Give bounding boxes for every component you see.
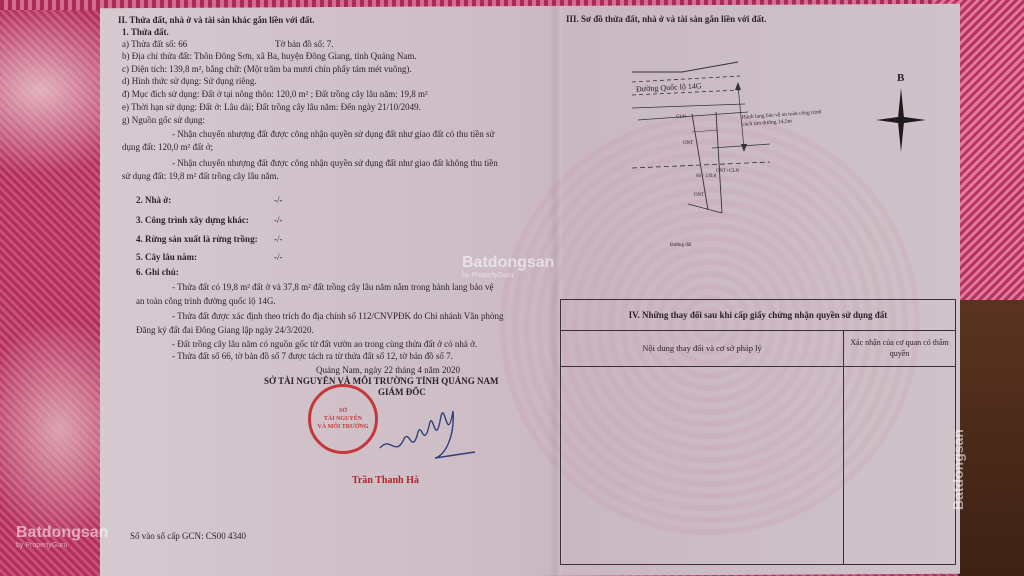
origin-line-1b: dụng đất: 120,0 m² đất ở;	[122, 141, 213, 153]
parcel-address: b) Địa chỉ thửa đất: Thôn Đông Sơn, xã B…	[122, 50, 417, 62]
changes-table: IV. Những thay đổi sau khi cấp giấy chứn…	[560, 299, 956, 565]
watermark-center: Batdongsan by PropertyGuru	[462, 254, 554, 279]
parcel-area: c) Diện tích: 139,8 m², bằng chữ: (Một t…	[122, 63, 412, 75]
section4-title: IV. Những thay đổi sau khi cấp giấy chứn…	[561, 300, 955, 331]
zone-cln: CLN	[676, 112, 686, 124]
origin-line-1: - Nhận chuyển nhượng đất được công nhận …	[172, 128, 494, 140]
column-header-content: Nội dung thay đổi và cơ sở pháp lý	[561, 330, 843, 366]
table-header-row: Nội dung thay đổi và cơ sở pháp lý Xác n…	[561, 330, 955, 367]
lower-road-label: Đường đất	[670, 240, 691, 252]
note-4: - Thửa đất số 66, tờ bản đồ số 7 được tá…	[172, 350, 453, 362]
compass-icon	[874, 86, 928, 154]
perennial-value: -/-	[274, 251, 283, 263]
section3-title: III. Sơ đồ thửa đất, nhà ở và tài sản gắ…	[566, 14, 766, 24]
zone-ont-upper: ONT	[683, 138, 693, 150]
parcel-heading: 1. Thửa đất.	[122, 26, 169, 38]
watermark-sub: by PropertyGuru	[16, 542, 108, 549]
origin-line-2: - Nhận chuyển nhượng đất được công nhận …	[172, 157, 498, 169]
section2-title: II. Thửa đất, nhà ở và tài sản khác gắn …	[118, 14, 315, 26]
zone-ont-cln: ONT+CLN	[716, 166, 739, 178]
background-wood	[958, 300, 1024, 576]
note-2a: - Thửa đất được xác định theo trích đo đ…	[172, 310, 504, 322]
official-stamp: SỞ TÀI NGUYÊN VÀ MÔI TRƯỜNG	[308, 384, 378, 454]
column-header-confirmation: Xác nhận của cơ quan có thẩm quyền	[844, 330, 955, 366]
origin-line-2b: sử dụng đất: 19,8 m² đất trồng cây lâu n…	[122, 170, 279, 182]
stamp-text-1: SỞ	[339, 407, 347, 415]
stamp-text-2: TÀI NGUYÊN	[324, 415, 362, 423]
parcel-label: 66 / 139,8	[696, 171, 716, 183]
watermark-sub: by PropertyGuru	[462, 272, 554, 279]
watermark-brand: Batdongsan	[462, 254, 554, 271]
notes-heading: 6. Ghi chú:	[136, 266, 179, 278]
note-1a: - Thửa đất có 19,8 m² đất ở và 37,8 m² đ…	[172, 281, 494, 293]
watermark-right: Batdongsan	[950, 429, 966, 510]
column-divider	[843, 330, 844, 564]
watermark-brand: Batdongsan	[16, 524, 108, 541]
watermark-brand: Batdongsan	[950, 429, 966, 510]
note-1b: an toàn công trình đường quốc lộ 14G.	[136, 295, 276, 307]
registry-number: Số vào sổ cấp GCN: CS00 4340	[130, 530, 246, 542]
note-2b: Đăng ký đất đai Đông Giang lập ngày 24/3…	[136, 324, 314, 336]
house-label: 2. Nhà ở:	[136, 194, 171, 206]
perennial-label: 5. Cây lâu năm:	[136, 251, 197, 263]
zone-ont-lower: ONT	[694, 190, 704, 202]
other-works-value: -/-	[274, 214, 283, 226]
other-works-label: 3. Công trình xây dựng khác:	[136, 214, 249, 226]
usage-purpose: đ) Mục đích sử dụng: Đất ở tại nông thôn…	[122, 88, 428, 100]
parcel-number: a) Thửa đất số: 66	[122, 38, 187, 50]
forest-label: 4. Rừng sản xuất là rừng trồng:	[136, 233, 258, 245]
stamp-text-3: VÀ MÔI TRƯỜNG	[318, 423, 369, 431]
signature	[375, 396, 485, 466]
note-3: - Đất trồng cây lâu năm có nguồn gốc từ …	[172, 338, 477, 350]
forest-value: -/-	[274, 233, 283, 245]
watermark-bottom-left: Batdongsan by PropertyGuru	[16, 524, 108, 549]
north-label: B	[897, 72, 904, 84]
signer-name: Trần Thanh Hà	[352, 475, 419, 487]
house-value: -/-	[274, 194, 283, 206]
usage-form: d) Hình thức sử dụng: Sử dụng riêng.	[122, 75, 257, 87]
usage-origin: g) Nguồn gốc sử dụng:	[122, 114, 205, 126]
usage-term: e) Thời hạn sử dụng: Đất ở: Lâu dài; Đất…	[122, 101, 421, 113]
map-sheet: Tờ bản đồ số: 7.	[275, 38, 334, 50]
